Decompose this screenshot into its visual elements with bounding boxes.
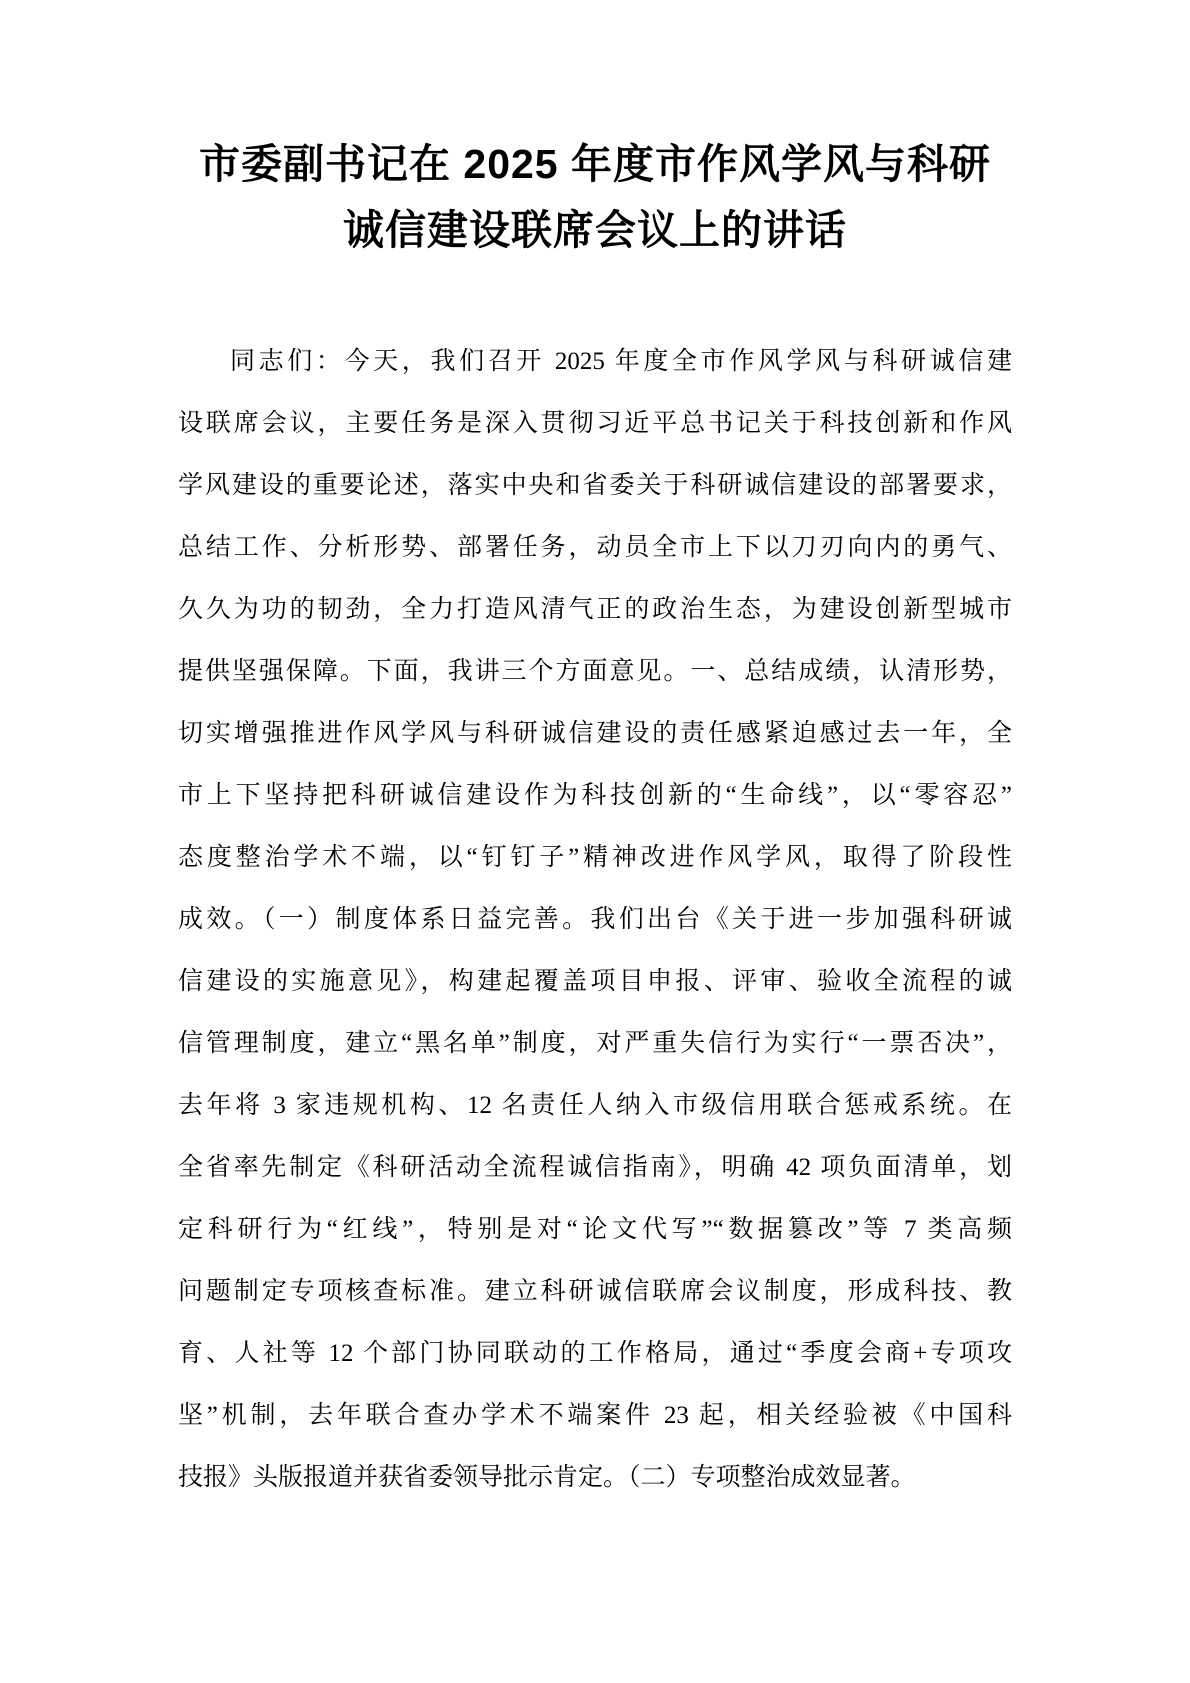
- body-line: 信管理制度，建立“黑名单”制度，对严重失信行为实行“一票否决”，: [178, 1013, 1012, 1075]
- body-line: 久久为功的韧劲，全力打造风清气正的政治生态，为建设创新型城市: [178, 579, 1012, 641]
- body-line: 定科研行为“红线”，特别是对“论文代写”“数据篡改”等 7 类高频: [178, 1199, 1012, 1261]
- document-title: 市委副书记在 2025 年度市作风学风与科研 诚信建设联席会议上的讲话: [0, 131, 1190, 263]
- body-line: 技报》头版报道并获省委领导批示肯定。（二）专项整治成效显著。: [178, 1447, 1012, 1509]
- body-line: 同志们：今天，我们召开 2025 年度全市作风学风与科研诚信建: [178, 331, 1012, 393]
- document-page: 市委副书记在 2025 年度市作风学风与科研 诚信建设联席会议上的讲话 同志们：…: [0, 0, 1190, 1683]
- body-line: 切实增强推进作风学风与科研诚信建设的责任感紧迫感过去一年，全: [178, 703, 1012, 765]
- body-line: 总结工作、分析形势、部署任务，动员全市上下以刀刃向内的勇气、: [178, 517, 1012, 579]
- body-line: 问题制定专项核查标准。建立科研诚信联席会议制度，形成科技、教: [178, 1261, 1012, 1323]
- body-paragraph: 同志们：今天，我们召开 2025 年度全市作风学风与科研诚信建 设联席会议，主要…: [178, 331, 1012, 1509]
- title-line-1: 市委副书记在 2025 年度市作风学风与科研: [0, 131, 1190, 197]
- title-line-2: 诚信建设联席会议上的讲话: [0, 197, 1190, 263]
- body-line: 坚”机制，去年联合查办学术不端案件 23 起，相关经验被《中国科: [178, 1385, 1012, 1447]
- body-line: 育、人社等 12 个部门协同联动的工作格局，通过“季度会商+专项攻: [178, 1323, 1012, 1385]
- body-line: 信建设的实施意见》，构建起覆盖项目申报、评审、验收全流程的诚: [178, 951, 1012, 1013]
- body-line: 学风建设的重要论述，落实中央和省委关于科研诚信建设的部署要求，: [178, 455, 1012, 517]
- body-line: 设联席会议，主要任务是深入贯彻习近平总书记关于科技创新和作风: [178, 393, 1012, 455]
- body-line: 市上下坚持把科研诚信建设作为科技创新的“生命线”，以“零容忍”: [178, 765, 1012, 827]
- body-line: 去年将 3 家违规机构、12 名责任人纳入市级信用联合惩戒系统。在: [178, 1075, 1012, 1137]
- body-line: 成效。（一）制度体系日益完善。我们出台《关于进一步加强科研诚: [178, 889, 1012, 951]
- body-line: 全省率先制定《科研活动全流程诚信指南》，明确 42 项负面清单，划: [178, 1137, 1012, 1199]
- body-line: 提供坚强保障。下面，我讲三个方面意见。一、总结成绩，认清形势，: [178, 641, 1012, 703]
- body-line: 态度整治学术不端，以“钉钉子”精神改进作风学风，取得了阶段性: [178, 827, 1012, 889]
